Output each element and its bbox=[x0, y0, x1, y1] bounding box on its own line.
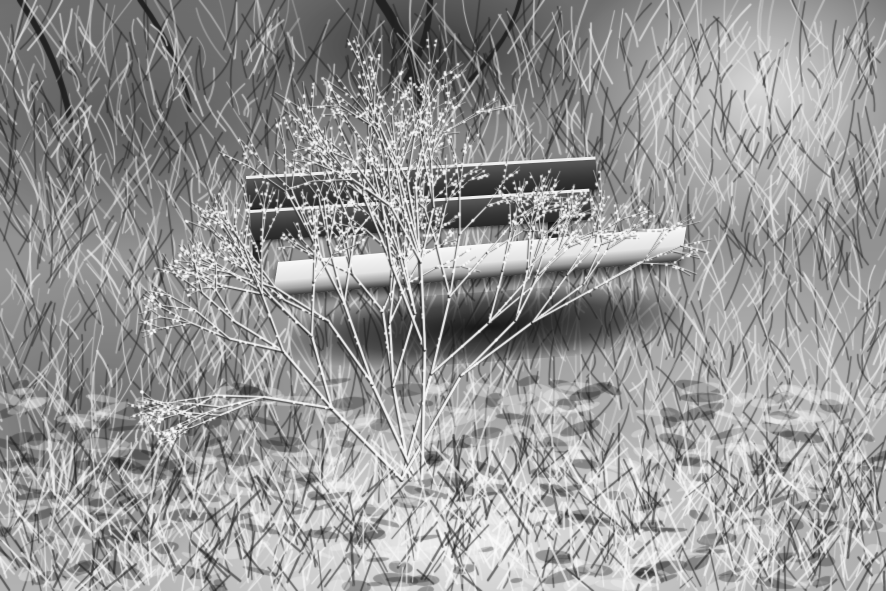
frost-bench-photo bbox=[0, 0, 886, 591]
foreground-frosted-shrub-and-grass bbox=[0, 0, 886, 591]
